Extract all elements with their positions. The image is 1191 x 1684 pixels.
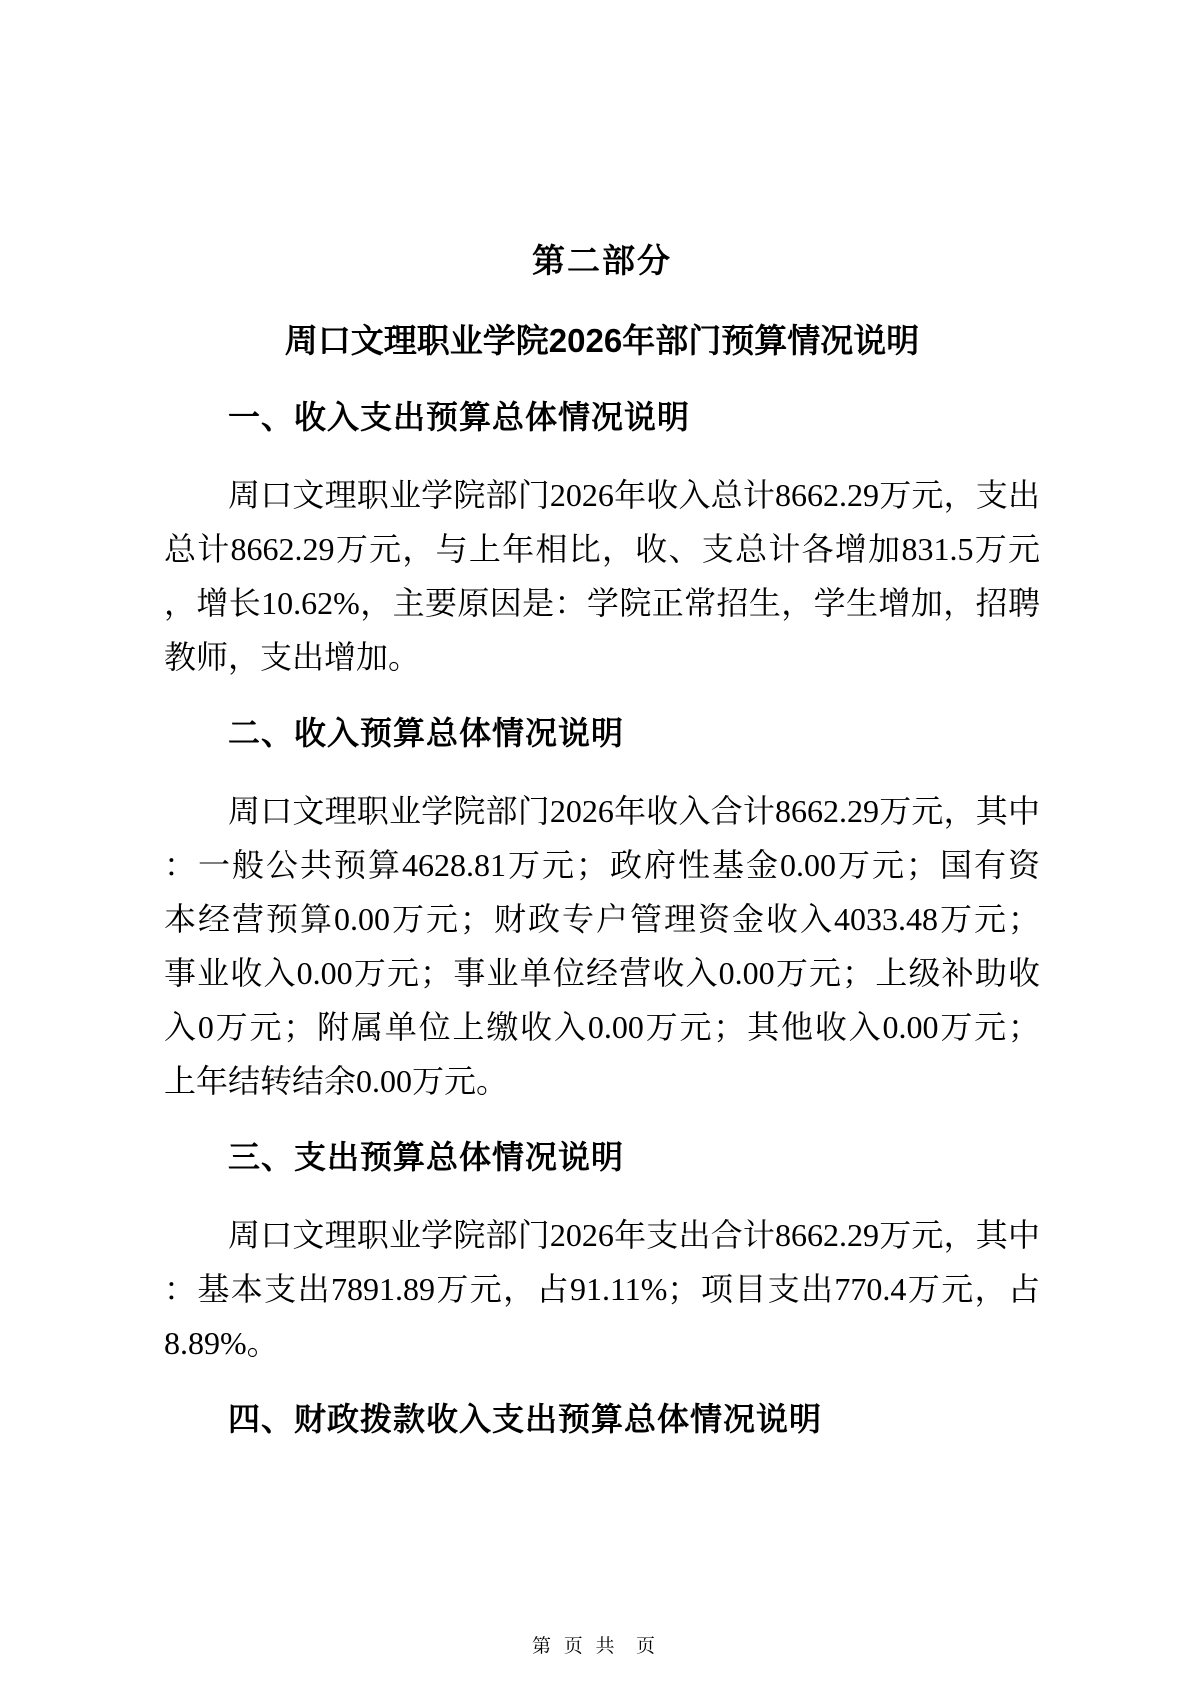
section-heading-1: 一、收入支出预算总体情况说明 [164, 390, 1040, 444]
paragraph-line: 教师，支出增加。 [164, 630, 1040, 684]
section-heading-2: 二、收入预算总体情况说明 [164, 706, 1040, 760]
paragraph-line: 周口文理职业学院部门2026年支出合计8662.29万元，其中 [164, 1208, 1040, 1262]
section-3-paragraph: 周口文理职业学院部门2026年支出合计8662.29万元，其中 ：基本支出789… [164, 1208, 1040, 1370]
document-title: 周口文理职业学院2026年部门预算情况说明 [164, 314, 1040, 368]
section-1-paragraph: 周口文理职业学院部门2026年收入总计8662.29万元，支出 总计8662.2… [164, 468, 1040, 684]
paragraph-line: ：基本支出7891.89万元，占91.11%；项目支出770.4万元，占 [164, 1262, 1040, 1316]
section-heading-4: 四、财政拨款收入支出预算总体情况说明 [164, 1392, 1040, 1446]
paragraph-line: 总计8662.29万元，与上年相比，收、支总计各增加831.5万元 [164, 522, 1040, 576]
paragraph-line: 事业收入0.00万元；事业单位经营收入0.00万元；上级补助收 [164, 946, 1040, 1000]
page-footer: 第 页 共 页 [0, 1634, 1191, 1660]
document-content: 第二部分 周口文理职业学院2026年部门预算情况说明 一、收入支出预算总体情况说… [164, 234, 1040, 1446]
paragraph-line: 本经营预算0.00万元；财政专户管理资金收入4033.48万元； [164, 892, 1040, 946]
section-heading-3: 三、支出预算总体情况说明 [164, 1130, 1040, 1184]
paragraph-line: 周口文理职业学院部门2026年收入总计8662.29万元，支出 [164, 468, 1040, 522]
part-title: 第二部分 [164, 234, 1040, 288]
document-page: 第二部分 周口文理职业学院2026年部门预算情况说明 一、收入支出预算总体情况说… [0, 0, 1191, 1684]
paragraph-line: ，增长10.62%，主要原因是：学院正常招生，学生增加，招聘 [164, 576, 1040, 630]
section-2-paragraph: 周口文理职业学院部门2026年收入合计8662.29万元，其中 ：一般公共预算4… [164, 784, 1040, 1108]
paragraph-line: 上年结转结余0.00万元。 [164, 1054, 1040, 1108]
paragraph-line: 周口文理职业学院部门2026年收入合计8662.29万元，其中 [164, 784, 1040, 838]
paragraph-line: ：一般公共预算4628.81万元；政府性基金0.00万元；国有资 [164, 838, 1040, 892]
paragraph-line: 入0万元；附属单位上缴收入0.00万元；其他收入0.00万元； [164, 1000, 1040, 1054]
paragraph-line: 8.89%。 [164, 1316, 1040, 1370]
